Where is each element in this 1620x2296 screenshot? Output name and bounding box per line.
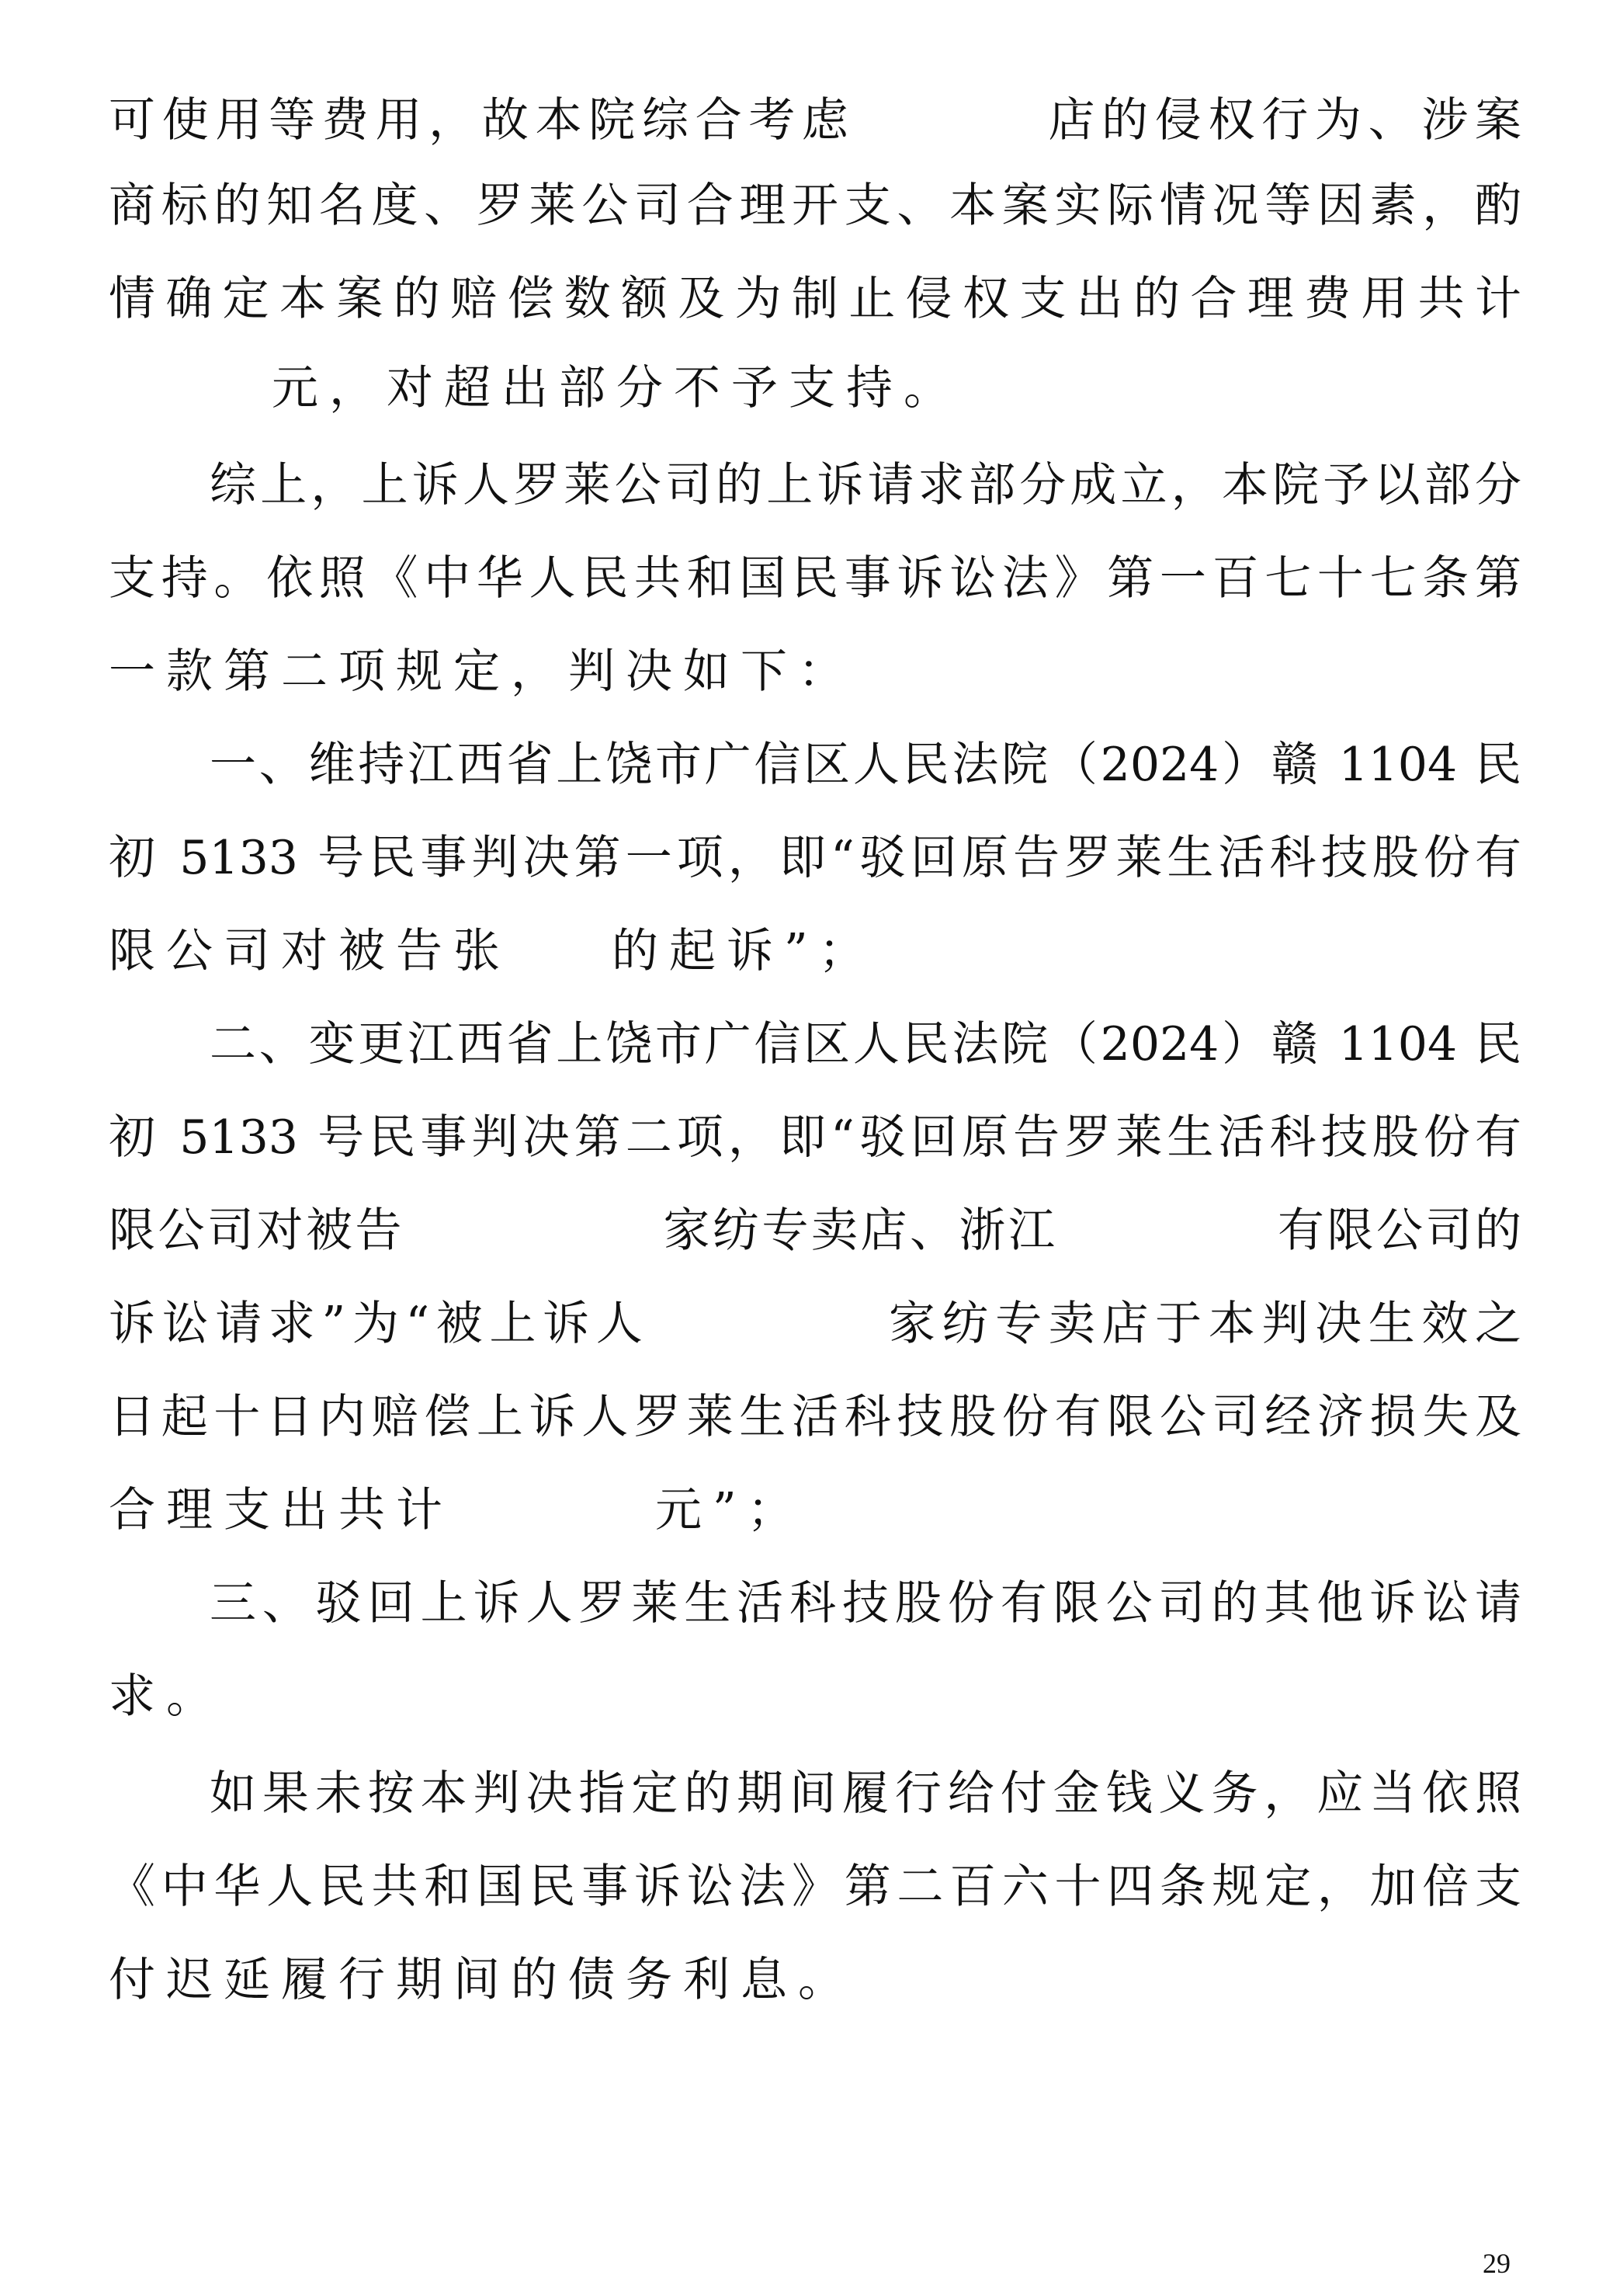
text-line-15: 日起十日内赔偿上诉人罗莱生活科技股份有限公司经济损失及 — [109, 1370, 1521, 1464]
line-segment: 《中华人民共和国民事诉讼法》第二百六十四条规定，加倍支 — [109, 1860, 1521, 1914]
text-line-7: 一款第二项规定，判决如下： — [109, 625, 1521, 718]
line-segment: 如果未按本判决指定的期间履行给付金钱义务，应当依照 — [210, 1766, 1521, 1821]
line-segment: 元，对超出部分不予支持。 — [272, 361, 961, 415]
line-segment: 有限公司的 — [1275, 1204, 1522, 1258]
text-line-20: 《中华人民共和国民事诉讼法》第二百六十四条规定，加倍支 — [109, 1840, 1521, 1933]
text-line-14: 诉讼请求”为“被上诉人家纺专卖店于本判决生效之 — [109, 1277, 1521, 1370]
line-segment: 家纺专卖店、浙江 — [661, 1204, 1058, 1258]
line-segment: 情确定本案的赔偿数额及为制止侵权支出的合理费用共计 — [109, 272, 1521, 326]
text-line-1: 可使用等费用，故本院综合考虑店的侵权行为、涉案 — [109, 74, 1521, 167]
line-segment: 一款第二项规定，判决如下： — [109, 644, 855, 699]
line-segment: 的起诉”； — [612, 924, 876, 978]
line-segment: 付迟延履行期间的债务利息。 — [109, 1953, 855, 2007]
text-line-4: 元，对超出部分不予支持。 — [109, 342, 1521, 435]
line-segment: 求。 — [109, 1669, 224, 1724]
line-segment: 初 5133 号民事判决第二项，即“驳回原告罗莱生活科技股份有 — [109, 1110, 1521, 1165]
line-segment: 日起十日内赔偿上诉人罗莱生活科技股份有限公司经济损失及 — [109, 1390, 1521, 1444]
line-segment: 限公司对被告张 — [109, 924, 511, 978]
line-segment: 诉讼请求”为“被上诉人 — [109, 1297, 649, 1351]
text-line-8: 一、维持江西省上饶市广信区人民法院（2024）赣 1104 民 — [109, 718, 1521, 811]
document-page: 可使用等费用，故本院综合考虑店的侵权行为、涉案 商标的知名度、罗莱公司合理开支、… — [0, 0, 1620, 2296]
text-line-21: 付迟延履行期间的债务利息。 — [109, 1933, 1521, 2027]
text-line-10: 限公司对被告张的起诉”； — [109, 905, 1521, 998]
line-segment: 元”； — [655, 1483, 805, 1537]
line-segment: 综上，上诉人罗莱公司的上诉请求部分成立，本院予以部分 — [210, 458, 1521, 512]
text-line-13: 限公司对被告家纺专卖店、浙江有限公司的 — [109, 1184, 1521, 1277]
text-line-19: 如果未按本判决指定的期间履行给付金钱义务，应当依照 — [109, 1747, 1521, 1840]
line-segment: 合理支出共计 — [109, 1483, 453, 1537]
text-line-9: 初 5133 号民事判决第一项，即“驳回原告罗莱生活科技股份有 — [109, 811, 1521, 905]
line-segment: 店的侵权行为、涉案 — [1042, 93, 1521, 148]
line-segment: 三、驳回上诉人罗莱生活科技股份有限公司的其他诉讼请 — [210, 1576, 1521, 1631]
line-segment: 一、维持江西省上饶市广信区人民法院（2024）赣 1104 民 — [210, 738, 1521, 792]
line-segment: 限公司对被告 — [109, 1204, 404, 1258]
line-segment: 家纺专卖店于本判决生效之 — [882, 1297, 1521, 1351]
text-line-6: 支持。依照《中华人民共和国民事诉讼法》第一百七十七条第 — [109, 532, 1521, 625]
text-line-16: 合理支出共计元”； — [109, 1464, 1521, 1557]
text-line-12: 初 5133 号民事判决第二项，即“驳回原告罗莱生活科技股份有 — [109, 1091, 1521, 1184]
line-segment: 商标的知名度、罗莱公司合理开支、本案实际情况等因素，酌 — [109, 179, 1521, 233]
text-line-2: 商标的知名度、罗莱公司合理开支、本案实际情况等因素，酌 — [109, 159, 1521, 252]
line-segment: 可使用等费用，故本院综合考虑 — [109, 93, 855, 148]
text-line-17: 三、驳回上诉人罗莱生活科技股份有限公司的其他诉讼请 — [109, 1557, 1521, 1650]
text-line-18: 求。 — [109, 1650, 1521, 1743]
line-segment: 支持。依照《中华人民共和国民事诉讼法》第一百七十七条第 — [109, 551, 1521, 606]
text-line-11: 二、变更江西省上饶市广信区人民法院（2024）赣 1104 民 — [109, 998, 1521, 1091]
text-line-3: 情确定本案的赔偿数额及为制止侵权支出的合理费用共计 — [109, 252, 1521, 346]
line-segment: 初 5133 号民事判决第一项，即“驳回原告罗莱生活科技股份有 — [109, 831, 1521, 885]
page-number: 29 — [1483, 2248, 1511, 2279]
line-segment: 二、变更江西省上饶市广信区人民法院（2024）赣 1104 民 — [210, 1017, 1521, 1072]
text-line-5: 综上，上诉人罗莱公司的上诉请求部分成立，本院予以部分 — [109, 439, 1521, 532]
